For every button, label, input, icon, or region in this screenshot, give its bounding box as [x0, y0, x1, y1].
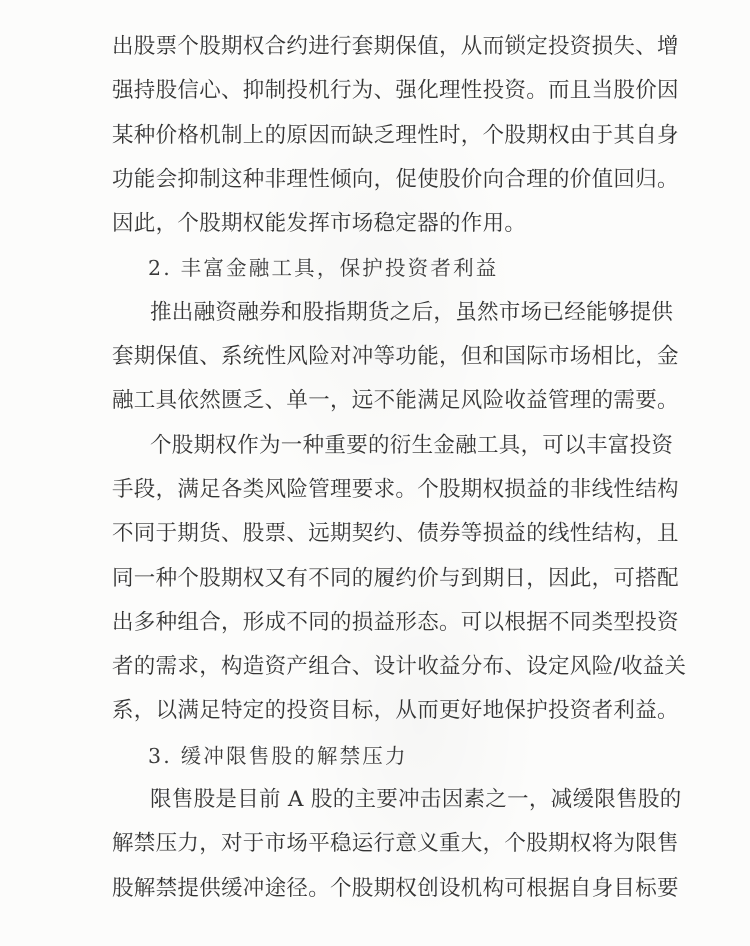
text-line: 同一种个股期权又有不同的履约价与到期日，因此，可搭配: [112, 557, 657, 601]
text-line: 融工具依然匮乏、单一，远不能满足风险收益管理的需要。: [112, 379, 657, 423]
text-line: 因此，个股期权能发挥市场稳定器的作用。: [112, 202, 657, 246]
text-line: 股解禁提供缓冲途径。个股期权创设机构可根据自身目标要: [112, 867, 657, 911]
paragraph: 限售股是目前 A 股的主要冲击因素之一，减缓限售股的 解禁压力，对于市场平稳运行…: [112, 778, 657, 911]
paragraph: 推出融资融券和股指期货之后，虽然市场已经能够提供 套期保值、系统性风险对冲等功能…: [112, 291, 657, 424]
text-line: 推出融资融券和股指期货之后，虽然市场已经能够提供: [112, 291, 657, 335]
text-line: 解禁压力，对于市场平稳运行意义重大，个股期权将为限售: [112, 822, 657, 866]
text-line: 手段，满足各类风险管理要求。个股期权损益的非线性结构: [112, 468, 657, 512]
section-heading: 3. 缓冲限售股的解禁压力: [112, 734, 657, 778]
text-line: 某种价格机制上的原因而缺乏理性时，个股期权由于其自身: [112, 114, 657, 158]
scanned-page: 出股票个股期权合约进行套期保值，从而锁定投资损失、增 强持股信心、抑制投机行为、…: [0, 0, 750, 946]
text-line: 出多种组合，形成不同的损益形态。可以根据不同类型投资: [112, 601, 657, 645]
text-line: 强持股信心、抑制投机行为、强化理性投资。而且当股价因: [112, 69, 657, 113]
text-line: 出股票个股期权合约进行套期保值，从而锁定投资损失、增: [112, 25, 657, 69]
paragraph: 个股期权作为一种重要的衍生金融工具，可以丰富投资 手段，满足各类风险管理要求。个…: [112, 424, 657, 734]
text-line: 系，以满足特定的投资目标，从而更好地保护投资者利益。: [112, 689, 657, 733]
text-line: 个股期权作为一种重要的衍生金融工具，可以丰富投资: [112, 424, 657, 468]
text-line: 套期保值、系统性风险对冲等功能，但和国际市场相比，金: [112, 335, 657, 379]
document-body: 出股票个股期权合约进行套期保值，从而锁定投资损失、增 强持股信心、抑制投机行为、…: [112, 25, 657, 911]
paragraph-continuation: 出股票个股期权合约进行套期保值，从而锁定投资损失、增 强持股信心、抑制投机行为、…: [112, 25, 657, 246]
text-line: 者的需求，构造资产组合、设计收益分布、设定风险/收益关: [112, 645, 657, 689]
text-line: 限售股是目前 A 股的主要冲击因素之一，减缓限售股的: [112, 778, 657, 822]
text-line: 功能会抑制这种非理性倾向，促使股价向合理的价值回归。: [112, 158, 657, 202]
text-line: 不同于期货、股票、远期契约、债券等损益的线性结构，且: [112, 512, 657, 556]
section-heading: 2. 丰富金融工具，保护投资者利益: [112, 246, 657, 290]
